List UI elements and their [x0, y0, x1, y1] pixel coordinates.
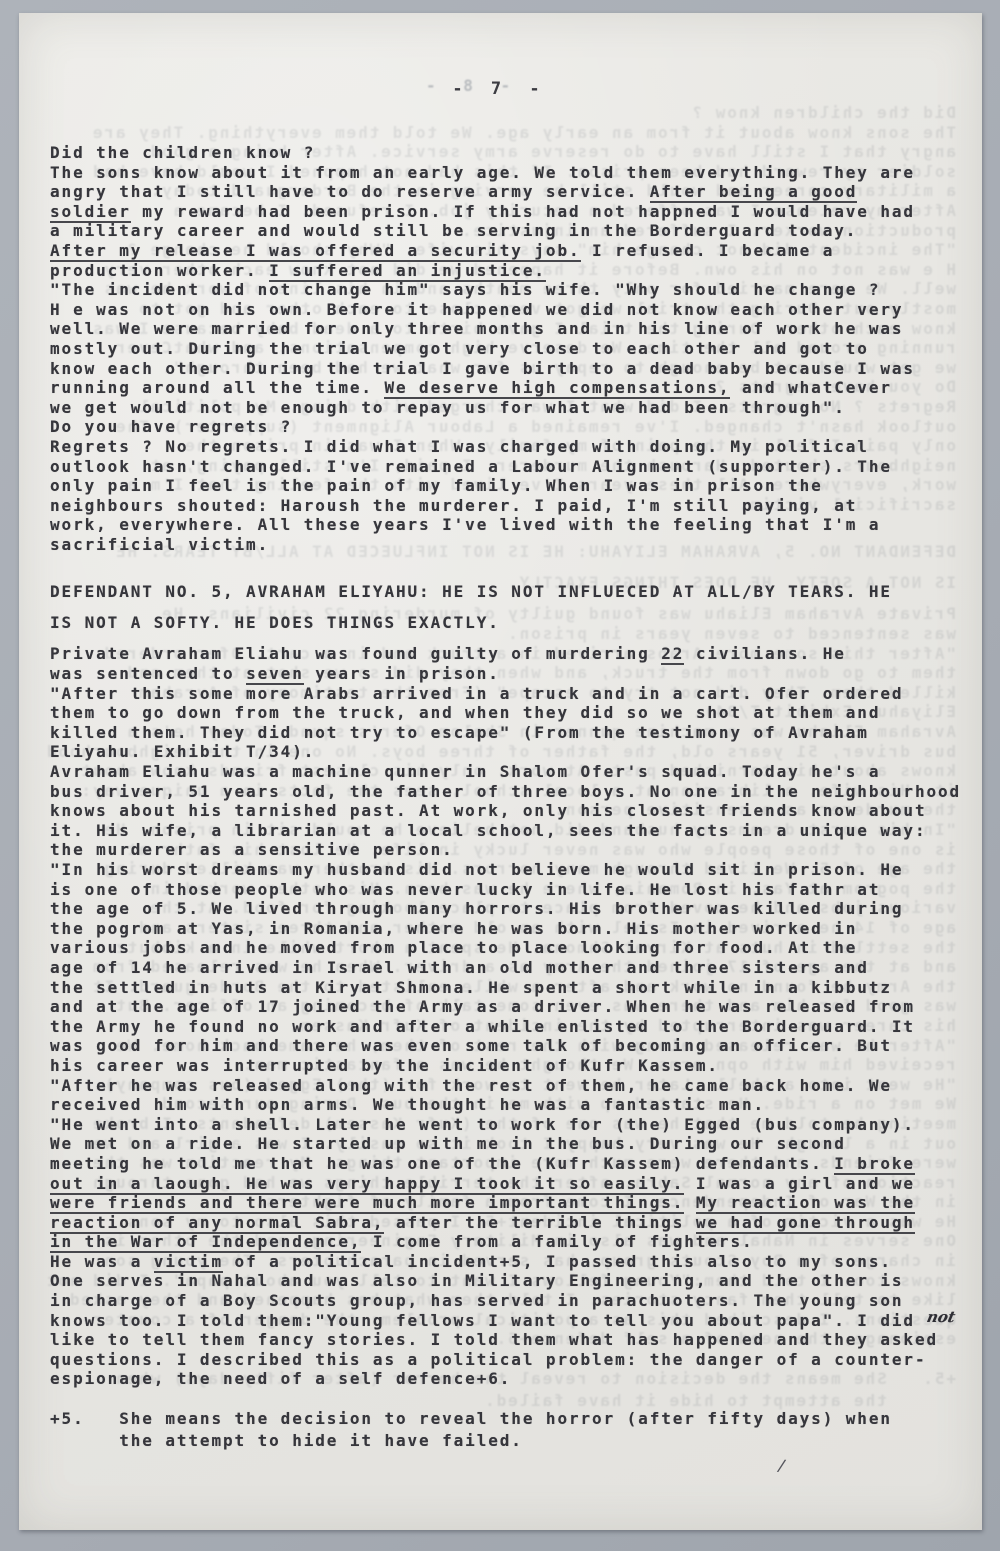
text-segment: like to tell them fancy stories. I told … [50, 1330, 938, 1349]
underlined-text: in the War of Independence, [50, 1232, 361, 1253]
text-line: the age of 5. We lived through many horr… [50, 899, 976, 919]
text-segment: received him with opn arms. We thought h… [50, 1095, 765, 1114]
text-line: Did the children know ? [50, 143, 976, 163]
underlined-text: I broke [834, 1154, 915, 1175]
text-segment: outlook hasn't changed. I've remained a … [50, 457, 892, 476]
text-line: was sentenced to seven years in prison. [50, 664, 976, 684]
text-segment: production worker. [50, 261, 269, 280]
text-segment: IS NOT A SOFTY. HE DOES THINGS EXACTLY. [50, 613, 500, 632]
text-line: work, everywhere. All these years I've l… [50, 515, 976, 535]
text-line: After my release I was offered a securit… [50, 241, 976, 261]
text-segment: "He went into a shell. Later he went to … [50, 1115, 915, 1134]
underlined-text: were friends and there were much more im… [50, 1193, 684, 1214]
text-segment: after the terrible things [384, 1213, 695, 1232]
text-line-bleed: The sons know about it from an early age… [29, 123, 956, 143]
text-line: "In his worst dreams my husband did not … [50, 860, 976, 880]
text-segment: angry that I still have to do reserve ar… [50, 182, 650, 201]
text-line: knows too. I told them:"Young fellows I … [50, 1311, 976, 1331]
underlined-text: out in a laough. He was very happy I too… [50, 1174, 684, 1195]
text-line: like to tell them fancy stories. I told … [50, 1330, 976, 1350]
text-segment: work, everywhere. All these years I've l… [50, 515, 880, 534]
text-line: "He went into a shell. Later he went to … [50, 1115, 976, 1135]
text-segment: I was a girl and we [684, 1174, 915, 1193]
text-line: espionage, the need of a self defence+6. [50, 1369, 976, 1389]
text-line: received him with opn arms. We thought h… [50, 1095, 976, 1115]
text-segment: was sentenced to [50, 664, 246, 683]
text-segment: +5. She means the decision to reveal the… [50, 1409, 892, 1428]
text-segment: I refused. I became a [581, 241, 835, 260]
text-line: One serves in Nahal and was also in Mili… [50, 1271, 976, 1291]
text-line: Regrets ? No regrets. I did what I was c… [50, 437, 976, 457]
text-segment: The sons know about it from an early age… [91, 123, 956, 142]
footnote: +5. She means the decision to reveal the… [50, 1408, 976, 1451]
text-line: mostly out. During the trial we got very… [50, 339, 976, 359]
text-line: sacrificial victim. [50, 535, 976, 555]
text-segment: of a political incident+5, I passed this… [223, 1252, 892, 1271]
underlined-text: After being a good [650, 182, 858, 203]
text-line: angry that I still have to do reserve ar… [50, 182, 976, 202]
text-line: know each other. During the trial I gave… [50, 359, 976, 379]
underlined-text: we had gone through [696, 1213, 915, 1234]
text-segment: in charge of a Boy Scouts group, has ser… [50, 1291, 903, 1310]
text-segment: my reward had been prison. If this had n… [131, 202, 915, 221]
underlined-text: soldier [50, 202, 131, 223]
text-line: production worker. I suffered an injusti… [50, 261, 976, 281]
text-segment: it. His wife, a librarian at a local sch… [50, 821, 927, 840]
text-line: in the War of Independence, I come from … [50, 1232, 976, 1252]
text-line: killed them. They did not try to escape"… [50, 723, 976, 743]
text-line: the attempt to hide it have failed. [50, 1430, 976, 1452]
text-segment: bus driver, 51 years old, the father of … [50, 782, 961, 801]
text-segment: H e was not on his own. Before it happen… [50, 300, 903, 319]
text-line: questions. I described this as a politic… [50, 1350, 976, 1370]
text-segment: well. We were married for only three mon… [50, 319, 903, 338]
text-line: them to go down from the truck, and when… [50, 703, 976, 723]
text-segment: Eliyahu. Exhibit T/34). [50, 742, 315, 761]
text-line: Avraham Eliahu was a machine qunner in S… [50, 762, 976, 782]
text-line: in charge of a Boy Scouts group, has ser… [50, 1291, 976, 1311]
text-line: was good for him and there was even some… [50, 1036, 976, 1056]
text-segment: He was a [50, 1252, 154, 1271]
text-segment: The sons know about it from an early age… [50, 163, 915, 182]
text-segment: questions. I described this as a politic… [50, 1350, 927, 1369]
text-segment: only pain I feel is the pain of my famil… [50, 476, 823, 495]
text-line: were friends and there were much more im… [50, 1193, 976, 1213]
text-line: well. We were married for only three mon… [50, 319, 976, 339]
text-segment: years in prison. [304, 664, 500, 683]
text-line: "After this some more Arabs arrived in a… [50, 684, 976, 704]
text-segment: his career was interrupted by the incide… [50, 1056, 719, 1075]
text-segment: "In his worst dreams my husband did not … [50, 860, 903, 879]
text-line: He was a victim of a political incident+… [50, 1252, 976, 1272]
text-segment: sacrificial victim. [50, 535, 269, 554]
text-segment: and whatCever [730, 378, 891, 397]
text-line: a military career and would still be ser… [50, 221, 976, 241]
text-line: Private Avraham Eliahu was found guilty … [50, 644, 976, 664]
paper-sheet: Did the children know ?The sons know abo… [19, 13, 982, 1530]
text-line: his career was interrupted by the incide… [50, 1056, 976, 1076]
text-segment: Regrets ? No regrets. I did what I was c… [50, 437, 869, 456]
text-segment: DEFENDANT NO. 5, AVRAHAM ELIYAHU: HE IS … [50, 582, 892, 601]
text-line: Eliyahu. Exhibit T/34). [50, 742, 976, 762]
text-line: Do you have regrets ? [50, 417, 976, 437]
text-segment: them to go down from the truck, and when… [50, 703, 880, 722]
text-line: the pogrom at Yas, in Romania, where he … [50, 919, 976, 939]
underlined-text: We deserve high compensations, [384, 378, 730, 399]
text-segment: the pogrom at Yas, in Romania, where he … [50, 919, 857, 938]
underlined-text: victim [154, 1252, 223, 1273]
underlined-text: reaction of any normal Sabra, [50, 1213, 384, 1234]
text-segment: the Army he found no work and after a wh… [50, 1017, 915, 1036]
text-line: is one of those people who was never luc… [50, 880, 976, 900]
text-line: knows about his tarnished past. At work,… [50, 801, 976, 821]
text-segment: the attempt to hide it have failed. [50, 1431, 523, 1450]
scanned-page: Did the children know ?The sons know abo… [0, 0, 1000, 1551]
text-line: "After he was released along with the re… [50, 1076, 976, 1096]
text-line: the settled in huts at Kiryat Shmona. He… [50, 978, 976, 998]
text-line: H e was not on his own. Before it happen… [50, 300, 976, 320]
page-number: - 7 - [19, 79, 982, 99]
text-line: the Army he found no work and after a wh… [50, 1017, 976, 1037]
text-line: age of 14 he arrived in Israel with an o… [50, 958, 976, 978]
text-segment: is one of those people who was never luc… [50, 880, 880, 899]
text-segment: meeting he told me that he was one of th… [50, 1154, 834, 1173]
stray-pen-mark: / [776, 1455, 788, 1475]
text-segment: Private Avraham Eliahu was found guilty … [50, 644, 661, 663]
text-segment: the age of 5. We lived through many horr… [50, 899, 903, 918]
text-segment: knows about his tarnished past. At work,… [50, 801, 927, 820]
text-segment: Did the children know ? [691, 103, 956, 122]
text-segment: "After this some more Arabs arrived in a… [50, 684, 903, 703]
text-line: The sons know about it from an early age… [50, 163, 976, 183]
text-line: IS NOT A SOFTY. HE DOES THINGS EXACTLY. [50, 607, 976, 638]
text-segment: killed them. They did not try to escape"… [50, 723, 869, 742]
text-segment: was good for him and there was even some… [50, 1036, 892, 1055]
text-segment: knows too. I told them:"Young fellows I … [50, 1311, 927, 1330]
text-segment: Avraham Eliahu was a machine qunner in S… [50, 762, 880, 781]
text-line: various jobs and he moved from place to … [50, 938, 976, 958]
text-line: reaction of any normal Sabra, after the … [50, 1213, 976, 1233]
text-line: out in a laough. He was very happy I too… [50, 1174, 976, 1194]
text-line: it. His wife, a librarian at a local sch… [50, 821, 976, 841]
text-segment: "The incident did not change him" says h… [50, 280, 880, 299]
text-line: running around all the time. We deserve … [50, 378, 976, 398]
text-line: only pain I feel is the pain of my famil… [50, 476, 976, 496]
underlined-text: My reaction was the [696, 1193, 915, 1214]
underlined-text: 22 [661, 644, 684, 665]
text-segment: espionage, the need of a self defence+6. [50, 1369, 511, 1388]
text-segment: neighbours shouted: Haroush the murderer… [50, 496, 857, 515]
handwritten-word: not [924, 1308, 956, 1328]
text-line: outlook hasn't changed. I've remained a … [50, 457, 976, 477]
text-line: bus driver, 51 years old, the father of … [50, 782, 976, 802]
text-segment [684, 1193, 696, 1212]
text-line: meeting he told me that he was one of th… [50, 1154, 976, 1174]
text-segment: we get would not be enough to repay us f… [50, 398, 846, 417]
underlined-text: I suffered an injustice. [269, 261, 546, 282]
text-line: We met on a ride. He started up with me … [50, 1134, 976, 1154]
underlined-text: After my release I was offered a securit… [50, 241, 581, 262]
text-segment: Did the children know ? [50, 143, 315, 162]
text-line: +5. She means the decision to reveal the… [50, 1408, 976, 1430]
text-line: soldier my reward had been prison. If th… [50, 202, 976, 222]
text-segment: age of 14 he arrived in Israel with an o… [50, 958, 869, 977]
text-line: the murderer as a sensitive person. [50, 840, 976, 860]
defendant-heading: DEFENDANT NO. 5, AVRAHAM ELIYAHU: HE IS … [50, 576, 976, 638]
text-segment: running around all the time. [50, 378, 384, 397]
text-segment: I come from a family of fighters. [361, 1232, 753, 1251]
text-segment: and at the age of 17 joined the Army as … [50, 997, 915, 1016]
text-line-bleed: Did the children know ? [29, 103, 956, 123]
qa-section: Did the children know ?The sons know abo… [50, 143, 976, 554]
text-segment: "After he was released along with the re… [50, 1076, 892, 1095]
text-segment: a military career and would still be ser… [50, 221, 857, 240]
underlined-text: seven [246, 664, 304, 685]
text-segment: Do you have regrets ? [50, 417, 292, 436]
document-body: Did the children know ?The sons know abo… [50, 143, 976, 1451]
text-segment: We met on a ride. He started up with me … [50, 1134, 846, 1153]
text-line: and at the age of 17 joined the Army as … [50, 997, 976, 1017]
text-line: we get would not be enough to repay us f… [50, 398, 976, 418]
text-segment: civilians. He [684, 644, 845, 663]
text-segment: the murderer as a sensitive person. [50, 840, 454, 859]
defendant-body: Private Avraham Eliahu was found guilty … [50, 644, 976, 1389]
text-segment: various jobs and he moved from place to … [50, 938, 857, 957]
text-segment: the settled in huts at Kiryat Shmona. He… [50, 978, 892, 997]
text-segment: mostly out. During the trial we got very… [50, 339, 869, 358]
text-line: neighbours shouted: Haroush the murderer… [50, 496, 976, 516]
text-line: DEFENDANT NO. 5, AVRAHAM ELIYAHU: HE IS … [50, 576, 976, 607]
text-segment: One serves in Nahal and was also in Mili… [50, 1271, 903, 1290]
text-segment: know each other. During the trial I gave… [50, 359, 915, 378]
text-line: "The incident did not change him" says h… [50, 280, 976, 300]
